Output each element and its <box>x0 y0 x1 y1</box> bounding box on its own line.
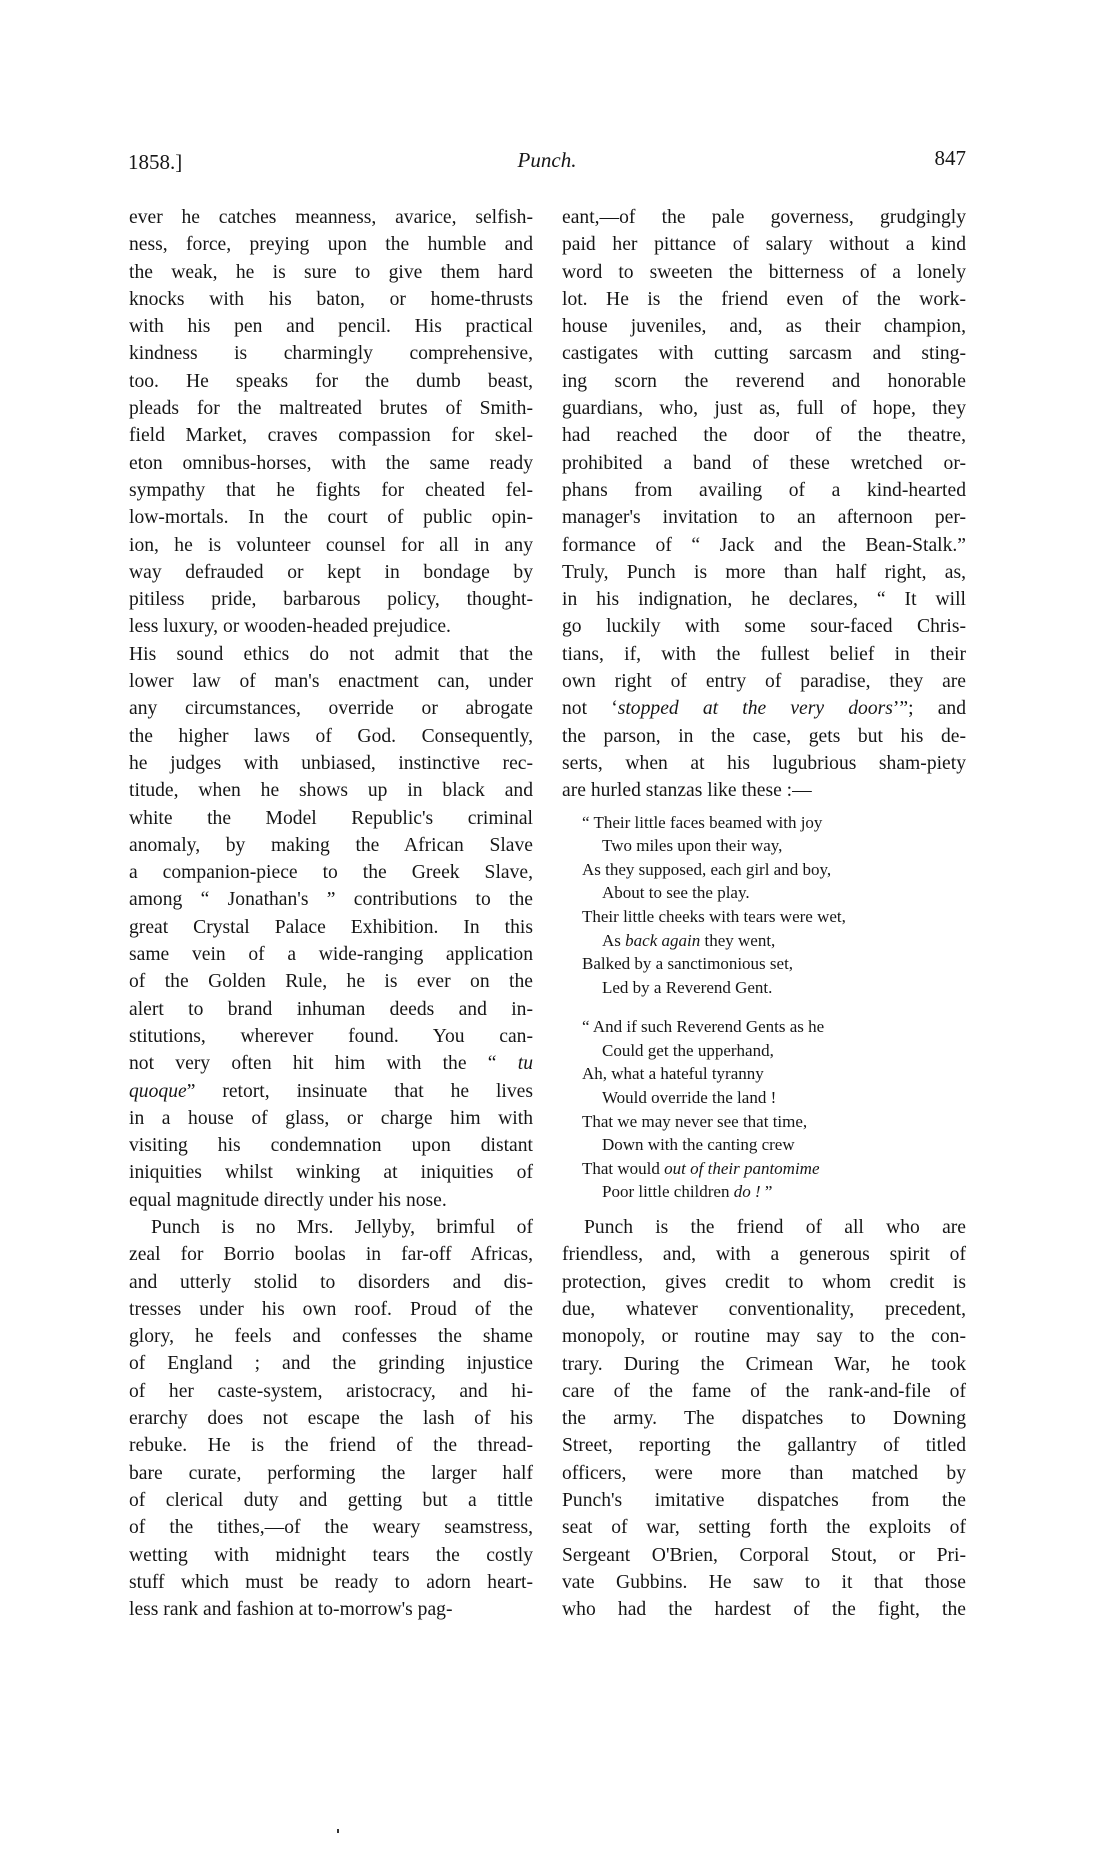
text-line: lot. He is the friend even of the work- <box>562 286 966 313</box>
text-line: kindness is charmingly comprehensive, <box>129 340 533 367</box>
quoted-verse: “ Their little faces beamed with joyTwo … <box>562 811 966 1205</box>
verse-line: Down with the canting crew <box>582 1133 966 1157</box>
text-line: bare curate, performing the larger half <box>129 1460 533 1487</box>
text-line: Punch is no Mrs. Jellyby, brimful of <box>129 1214 533 1241</box>
text-line: among “ Jonathan's ” contributions to th… <box>129 886 533 913</box>
text-line: any circumstances, override or abrogate <box>129 695 533 722</box>
text-line: His sound ethics do not admit that the <box>129 641 533 668</box>
text-line: equal magnitude directly under his nose. <box>129 1187 533 1214</box>
text-line: phans from availing of a kind-hearted <box>562 477 966 504</box>
text-line: tresses under his own roof. Proud of the <box>129 1296 533 1323</box>
text-line: a companion-piece to the Greek Slave, <box>129 859 533 886</box>
text-line: alert to brand inhuman deeds and in- <box>129 996 533 1023</box>
text-line: ion, he is volunteer counsel for all in … <box>129 532 533 559</box>
text-line: Punch is the friend of all who are <box>562 1214 966 1241</box>
text-line: in a house of glass, or charge him with <box>129 1105 533 1132</box>
verse-line: “ Their little faces beamed with joy <box>582 811 966 835</box>
text-line: he judges with unbiased, instinctive rec… <box>129 750 533 777</box>
text-line: great Crystal Palace Exhibition. In this <box>129 914 533 941</box>
text-line: sympathy that he fights for cheated fel- <box>129 477 533 504</box>
text-line: monopoly, or routine may say to the con- <box>562 1323 966 1350</box>
text-line: of the Golden Rule, he is ever on the <box>129 968 533 995</box>
text-line: of the tithes,—of the weary seamstress, <box>129 1514 533 1541</box>
text-line: the higher laws of God. Consequently, <box>129 723 533 750</box>
verse-line: That would out of their pantomime <box>582 1157 966 1181</box>
text-line: visiting his condemnation upon distant <box>129 1132 533 1159</box>
text-line: Truly, Punch is more than half right, as… <box>562 559 966 586</box>
text-line: Sergeant O'Brien, Corporal Stout, or Pri… <box>562 1542 966 1569</box>
text-line: vate Gubbins. He saw to it that those <box>562 1569 966 1596</box>
text-line: quoque” retort, insinuate that he lives <box>129 1078 533 1105</box>
text-line: officers, were more than matched by <box>562 1460 966 1487</box>
text-line: eton omnibus-horses, with the same ready <box>129 450 533 477</box>
text-line: field Market, craves compassion for skel… <box>129 422 533 449</box>
text-line: way defrauded or kept in bondage by <box>129 559 533 586</box>
text-line: tians, if, with the fullest belief in th… <box>562 641 966 668</box>
text-line: same vein of a wide-ranging application <box>129 941 533 968</box>
text-line: pleads for the maltreated brutes of Smit… <box>129 395 533 422</box>
text-line: not very often hit him with the “ tu <box>129 1050 533 1077</box>
text-line: with his pen and pencil. His practical <box>129 313 533 340</box>
text-line: wetting with midnight tears the costly <box>129 1542 533 1569</box>
right-column-prose-after-verse: Punch is the friend of all who arefriend… <box>562 1214 966 1623</box>
text-line: the weak, he is sure to give them hard <box>129 259 533 286</box>
text-line: knocks with his baton, or home-thrusts <box>129 286 533 313</box>
text-line: rebuke. He is the friend of the thread- <box>129 1432 533 1459</box>
scan-speck <box>337 1829 339 1833</box>
text-line: due, whatever conventionality, precedent… <box>562 1296 966 1323</box>
text-line: erarchy does not escape the lash of his <box>129 1405 533 1432</box>
text-line: glory, he feels and confesses the shame <box>129 1323 533 1350</box>
text-line: iniquities whilst winking at iniquities … <box>129 1159 533 1186</box>
text-line: of clerical duty and getting but a tittl… <box>129 1487 533 1514</box>
text-line: ness, force, preying upon the humble and <box>129 231 533 258</box>
verse-line: Balked by a sanctimonious set, <box>582 952 966 976</box>
running-head: 1858.] Punch. 847 <box>128 150 966 180</box>
page-number: 847 <box>935 146 967 171</box>
text-line: of England ; and the grinding injustice <box>129 1350 533 1377</box>
text-line: of her caste-system, aristocracy, and hi… <box>129 1378 533 1405</box>
text-line: not ‘stopped at the very doors’”; and <box>562 695 966 722</box>
text-line: ever he catches meanness, avarice, selfi… <box>129 204 533 231</box>
text-line: Punch's imitative dispatches from the <box>562 1487 966 1514</box>
text-line: eant,—of the pale governess, grudgingly <box>562 204 966 231</box>
verse-line: As they supposed, each girl and boy, <box>582 858 966 882</box>
text-line: are hurled stanzas like these :— <box>562 777 966 804</box>
verse-stanza: “ And if such Reverend Gents as heCould … <box>582 1015 966 1204</box>
text-line: who had the hardest of the fight, the <box>562 1596 966 1623</box>
text-line: castigates with cutting sarcasm and stin… <box>562 340 966 367</box>
text-line: Street, reporting the gallantry of title… <box>562 1432 966 1459</box>
text-line: stitutions, wherever found. You can- <box>129 1023 533 1050</box>
text-line: less rank and fashion at to-morrow's pag… <box>129 1596 533 1623</box>
text-line: too. He speaks for the dumb beast, <box>129 368 533 395</box>
text-line: lower law of man's enactment can, under <box>129 668 533 695</box>
verse-stanza: “ Their little faces beamed with joyTwo … <box>582 811 966 1000</box>
text-line: zeal for Borrio boolas in far-off Africa… <box>129 1241 533 1268</box>
text-line: low-mortals. In the court of public opin… <box>129 504 533 531</box>
text-line: anomaly, by making the African Slave <box>129 832 533 859</box>
text-line: guardians, who, just as, full of hope, t… <box>562 395 966 422</box>
text-line: seat of war, setting forth the exploits … <box>562 1514 966 1541</box>
text-line: trary. During the Crimean War, he took <box>562 1351 966 1378</box>
verse-line: Could get the upperhand, <box>582 1039 966 1063</box>
verse-line: Their little cheeks with tears were wet, <box>582 905 966 929</box>
verse-line: As back again they went, <box>582 929 966 953</box>
text-line: paid her pittance of salary without a ki… <box>562 231 966 258</box>
text-line: prohibited a band of these wretched or- <box>562 450 966 477</box>
verse-line: Two miles upon their way, <box>582 834 966 858</box>
text-line: formance of “ Jack and the Bean-Stalk.” <box>562 532 966 559</box>
text-line: house juveniles, and, as their champion, <box>562 313 966 340</box>
right-column: eant,—of the pale governess, grudginglyp… <box>562 204 966 1623</box>
text-line: ing scorn the reverend and honorable <box>562 368 966 395</box>
text-line: white the Model Republic's criminal <box>129 805 533 832</box>
running-head-title: Punch. <box>128 148 966 173</box>
verse-line: Led by a Reverend Gent. <box>582 976 966 1000</box>
text-line: go luckily with some sour-faced Chris- <box>562 613 966 640</box>
verse-line: Poor little children do ! ” <box>582 1180 966 1204</box>
verse-line: That we may never see that time, <box>582 1110 966 1134</box>
text-line: friendless, and, with a generous spirit … <box>562 1241 966 1268</box>
text-line: in his indignation, he declares, “ It wi… <box>562 586 966 613</box>
text-line: less luxury, or wooden-headed prejudice. <box>129 613 533 640</box>
right-column-prose-before-verse: eant,—of the pale governess, grudginglyp… <box>562 204 966 805</box>
text-line: own right of entry of paradise, they are <box>562 668 966 695</box>
text-line: serts, when at his lugubrious sham-piety <box>562 750 966 777</box>
text-line: the army. The dispatches to Downing <box>562 1405 966 1432</box>
text-line: titude, when he shows up in black and <box>129 777 533 804</box>
text-line: word to sweeten the bitterness of a lone… <box>562 259 966 286</box>
text-line: the parson, in the case, gets but his de… <box>562 723 966 750</box>
left-column: ever he catches meanness, avarice, selfi… <box>129 204 533 1623</box>
verse-line: Ah, what a hateful tyranny <box>582 1062 966 1086</box>
text-line: pitiless pride, barbarous policy, though… <box>129 586 533 613</box>
verse-line: About to see the play. <box>582 881 966 905</box>
verse-line: Would override the land ! <box>582 1086 966 1110</box>
text-line: protection, gives credit to whom credit … <box>562 1269 966 1296</box>
text-line: manager's invitation to an afternoon per… <box>562 504 966 531</box>
book-page: 1858.] Punch. 847 ever he catches meanne… <box>0 0 1096 1875</box>
verse-line: “ And if such Reverend Gents as he <box>582 1015 966 1039</box>
text-line: and utterly stolid to disorders and dis- <box>129 1269 533 1296</box>
text-line: care of the fame of the rank-and-file of <box>562 1378 966 1405</box>
text-line: stuff which must be ready to adorn heart… <box>129 1569 533 1596</box>
text-line: had reached the door of the theatre, <box>562 422 966 449</box>
